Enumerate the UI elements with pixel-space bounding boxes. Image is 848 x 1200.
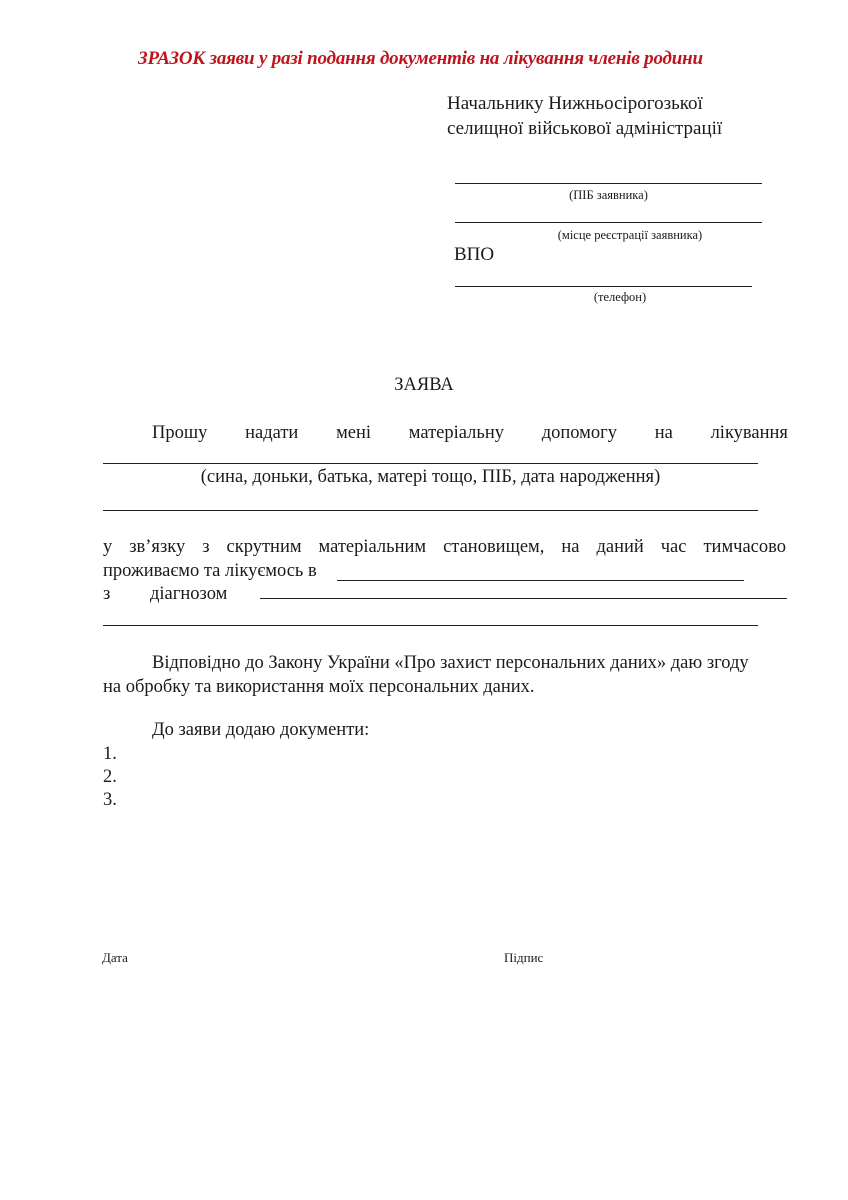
diagnosis-line-2[interactable] [103,625,758,626]
request-word: допомогу [542,423,617,444]
family-member-line[interactable] [103,463,758,464]
diagnosis-prefix: з [103,584,110,605]
phone-line[interactable] [455,286,752,287]
sample-title: ЗРАЗОК заяви у разі подання документів н… [138,48,703,70]
applicant-name-line[interactable] [455,183,762,184]
diagnosis-label: діагнозом [150,584,227,605]
request-line: Прошу надати мені матеріальну допомогу н… [152,423,788,444]
request-word: на [655,423,673,444]
request-word: Прошу [152,423,207,444]
diagnosis-line[interactable] [260,598,787,599]
request-word: лікування [711,423,788,444]
request-word: мені [336,423,371,444]
residence-line[interactable] [337,580,744,581]
attachment-item: 1. [103,744,117,765]
circumstances-line-1: у зв’язку з скрутним матеріальним станов… [103,537,786,558]
attachment-item: 2. [103,767,117,788]
signature-label: Підпис [504,950,543,966]
consent-line-2: на обробку та використання моїх персонал… [103,677,535,698]
family-member-caption: (сина, доньки, батька, матері тощо, ПІБ,… [103,467,758,488]
residence-prefix: проживаємо та лікуємось в [103,561,317,582]
document-heading: ЗАЯВА [0,375,848,396]
addressee-line-1: Начальнику Нижньосірогозької [447,93,703,115]
attachment-item: 3. [103,790,117,811]
request-word: надати [245,423,298,444]
phone-caption: (телефон) [455,290,785,305]
request-word: матеріальну [409,423,504,444]
family-member-line-2[interactable] [103,510,758,511]
addressee-line-2: селищної військової адміністрації [447,118,722,140]
attachments-intro: До заяви додаю документи: [152,720,369,741]
applicant-name-caption: (ПІБ заявника) [455,188,762,203]
date-label: Дата [102,950,128,966]
registration-caption: (місце реєстрації заявника) [510,228,750,243]
consent-line-1: Відповідно до Закону України «Про захист… [152,653,749,674]
registration-line[interactable] [455,222,762,223]
idp-label: ВПО [454,244,494,266]
